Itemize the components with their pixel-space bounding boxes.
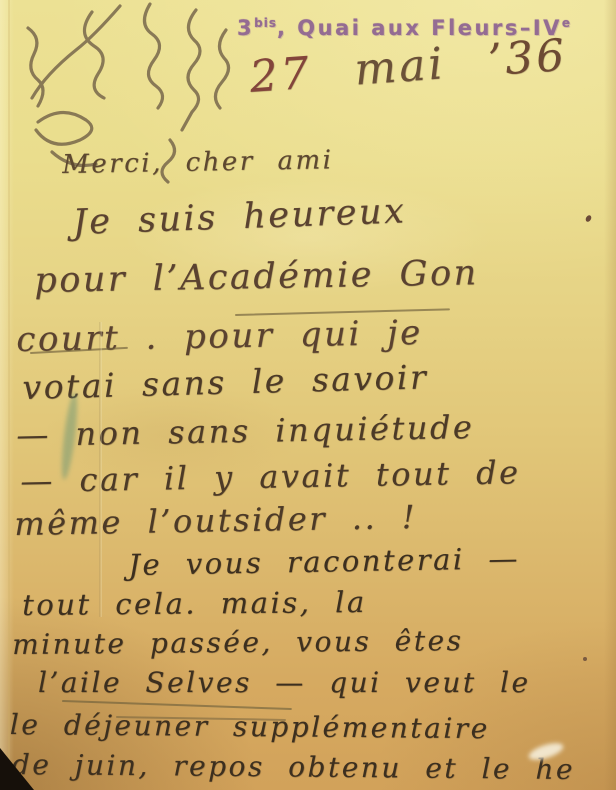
stamp-number: 3 (237, 16, 254, 40)
handwritten-line: le déjeuner supplémentaire (10, 708, 490, 745)
fold-crease (99, 322, 102, 617)
handwritten-line: même l’outsider .. ! (14, 498, 417, 543)
stamp-number-sup: bis (254, 16, 277, 30)
handwritten-line: court . pour qui je (16, 313, 423, 360)
handwritten-line: tout cela. mais, la (22, 585, 367, 622)
handwritten-line: pour l’Académie Gon (34, 253, 479, 301)
date-year: ’36 (486, 30, 568, 86)
date-month: mai (353, 38, 447, 95)
handwritten-line: l’aile Selves — qui veut le (38, 666, 531, 699)
handwritten-line: de juin, repos obtenu et le he (12, 748, 576, 786)
handwritten-date: 27 mai ’36 (248, 30, 569, 103)
stamp-district-sup: e (562, 16, 571, 30)
paper-edge-shadow (604, 0, 616, 790)
handwritten-greeting: Merci, cher ami (62, 145, 334, 180)
handwritten-line: — car il y avait tout de (20, 453, 521, 500)
letter-scan: 3bis, Quai aux Fleurs–IVe 27 mai ’36 Mer… (0, 0, 616, 790)
ink-speck (585, 214, 593, 223)
fold-crease-left (8, 0, 10, 790)
handwritten-line: — non sans inquiétude (16, 408, 475, 454)
handwritten-line: minute passée, vous êtes (12, 624, 464, 661)
ink-speck (583, 657, 587, 661)
date-day: 27 (248, 48, 313, 103)
handwritten-line: Je vous raconterai — (128, 541, 520, 582)
handwritten-line: votai sans le savoir (22, 357, 429, 407)
